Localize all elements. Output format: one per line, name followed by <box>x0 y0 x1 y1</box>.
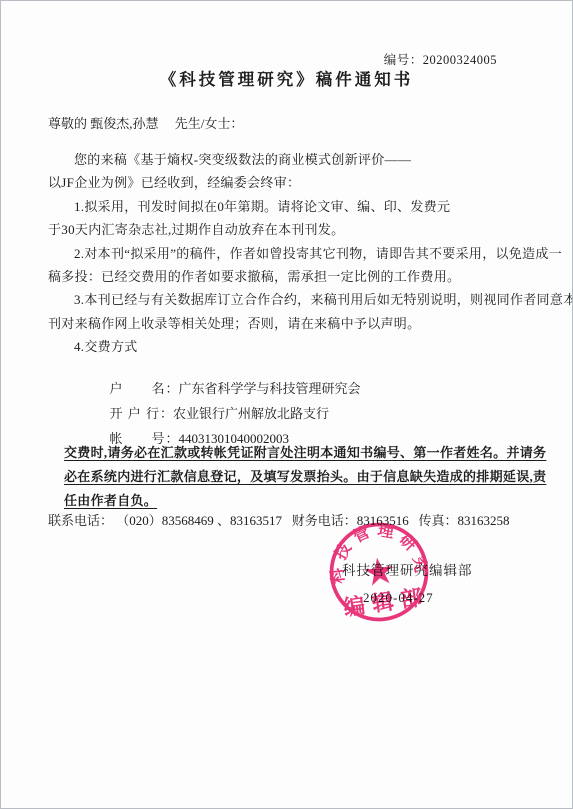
body-line: 以JF企业为例》已经收到，经编委会终审： <box>48 171 528 194</box>
body-line: 您的来稿《基于熵权-突变级数法的商业模式创新评价—— <box>48 148 528 171</box>
bank-account-name-row: 户 名：广东省科学学与科技管理研究会 <box>90 351 361 376</box>
document-page: 编号：20200324005 《科技管理研究》稿件通知书 尊敬的 甄俊杰,孙慧 … <box>0 0 573 809</box>
salutation: 尊敬的 甄俊杰,孙慧 先生/女士： <box>48 113 243 132</box>
bank-row-value: 广东省科学学与科技管理研究会 <box>179 381 361 396</box>
notice-line: 必在系统内进行汇款信息登记，及填写发票抬头。由于信息缺失造成的排期延误,责 <box>64 465 526 489</box>
body-text: 您的来稿《基于熵权-突变级数法的商业模式创新评价—— 以JF企业为例》已经收到，… <box>48 148 528 359</box>
official-stamp: 科技管理研究 ★ 编辑部 <box>315 508 443 636</box>
body-line: 于30天内汇寄杂志社,过期作自动放弃在本刊刊发。 <box>48 218 528 241</box>
notice-line: 交费时,请务必在汇款或转帐凭证附言处注明本通知书编号、第一作者姓名。并请务 <box>64 441 526 465</box>
body-line: 3.本刊已经与有关数据库订立合作合约，来稿刊用后如无特别说明，则视同作者同意本 <box>48 288 528 311</box>
page-title: 《科技管理研究》稿件通知书 <box>1 66 572 90</box>
payment-notice: 交费时,请务必在汇款或转帐凭证附言处注明本通知书编号、第一作者姓名。并请务 必在… <box>64 441 526 513</box>
payment-account-info: 户 名：广东省科学学与科技管理研究会 开 户 行：农业银行广州解放北路支行 帐 … <box>90 351 361 426</box>
bank-row-label: 户 名 <box>110 381 166 396</box>
body-line: 刊对来稿作网上收录等相关处理；否则，请在来稿中予以声明。 <box>48 312 528 335</box>
star-icon: ★ <box>359 548 398 595</box>
body-line: 2.对本刊“拟采用”的稿件，作者如曾投寄其它刊物，请即告其不要采用，以免造成一 <box>48 242 528 265</box>
bank-row-value: 农业银行广州解放北路支行 <box>173 406 329 421</box>
bank-row-colon: ： <box>166 381 179 396</box>
bank-row-label: 开 户 行 <box>110 406 161 421</box>
bank-row-colon: ： <box>160 406 173 421</box>
body-line: 1.拟采用，刊发时间拟在0年第期。请将论文审、编、印、发费元 <box>48 195 528 218</box>
body-line: 稿多投：已经交费用的作者如要求撤稿，需承担一定比例的工作费用。 <box>48 265 528 288</box>
